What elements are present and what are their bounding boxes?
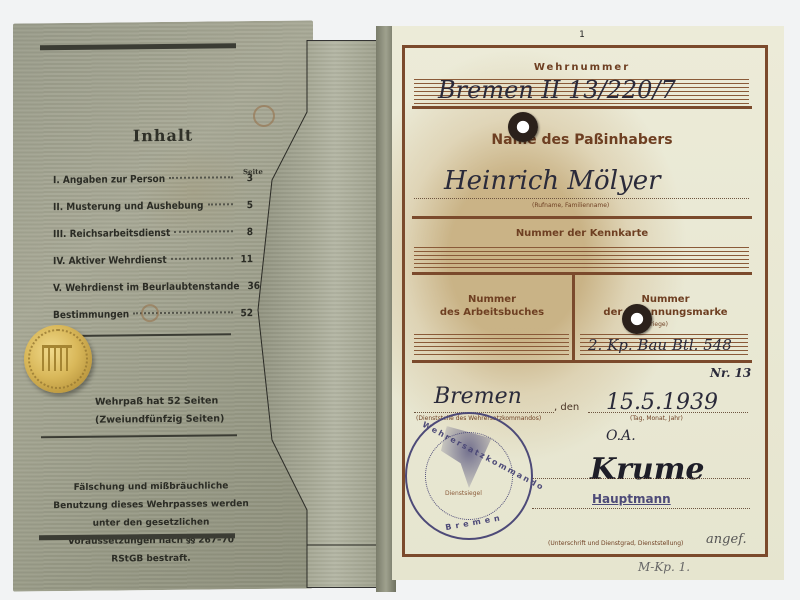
divider [81,333,231,337]
brandenburg-gate-icon [42,345,72,371]
erkennungsmarke-value: 2. Kp. Bau Btl. 548 [588,336,732,354]
margin-note-right: angef. [706,532,747,547]
ring-stain [253,105,275,127]
toc-item: III. Reichsarbeitsdienst8 [53,227,253,256]
toc-item: IV. Aktiver Wehrdienst11 [53,254,253,283]
arbeitsbuch-label: Nummer des Arbeitsbuches [412,293,572,319]
toc-item: II. Musterung und Aushebung5 [53,200,253,229]
name-value: Heinrich Mölyer [444,166,661,196]
erkennungsmarke-note: Nr. 13 [710,366,751,380]
name-label: Name des Paßinhabers [392,132,772,148]
rank-stamp: Hauptmann [592,492,671,506]
wehrnummer-value: Bremen II 13/220/7 [438,76,676,104]
dotted-line [532,508,750,509]
divider [412,272,752,275]
dotted-line [588,412,748,413]
divider [412,106,752,109]
ruled-lines [414,244,749,270]
date-caption: (Tag, Monat, Jahr) [630,415,683,422]
margin-note-bottom: M-Kp. 1. [638,560,690,574]
eyelet-icon [622,304,652,334]
oa-mark: O.A. [606,428,636,444]
toc-title: Inhalt [13,124,313,146]
kennkarte-label: Nummer der Kennkarte [392,228,772,239]
name-caption: (Rufname, Familienname) [532,202,609,209]
issue-place: Bremen [434,384,522,409]
ruled-lines [414,331,569,355]
dotted-line [414,198,749,199]
legal-warning: Fälschung und mißbräuchliche Benutzung d… [51,477,251,569]
coin-icon [24,325,92,393]
column-divider [572,272,575,362]
wehrnummer-label: Wehrnummer [392,62,772,73]
divider [412,360,752,363]
divider [412,216,752,219]
divider [41,434,237,438]
official-signature: Krume [590,452,705,487]
erkennungsmarke-label: Nummer der Erkennungsmarke [578,293,753,319]
ring-stain [141,304,159,322]
toc-item: I. Angaben zur Person3 [53,173,253,202]
official-stamp: Wehrersatzkommando Dienstsiegel Bremen [405,412,533,540]
dotted-line [532,478,750,479]
signature-caption: (Unterschrift und Dienstgrad, Dienststel… [548,540,683,547]
pages-note: Wehrpaß hat 52 Seiten (Zweiundfünfzig Se… [95,392,275,430]
den-label: , den [554,402,579,413]
top-rule [40,43,236,50]
eyelet-icon [508,112,538,142]
page-number: 1 [392,30,772,40]
